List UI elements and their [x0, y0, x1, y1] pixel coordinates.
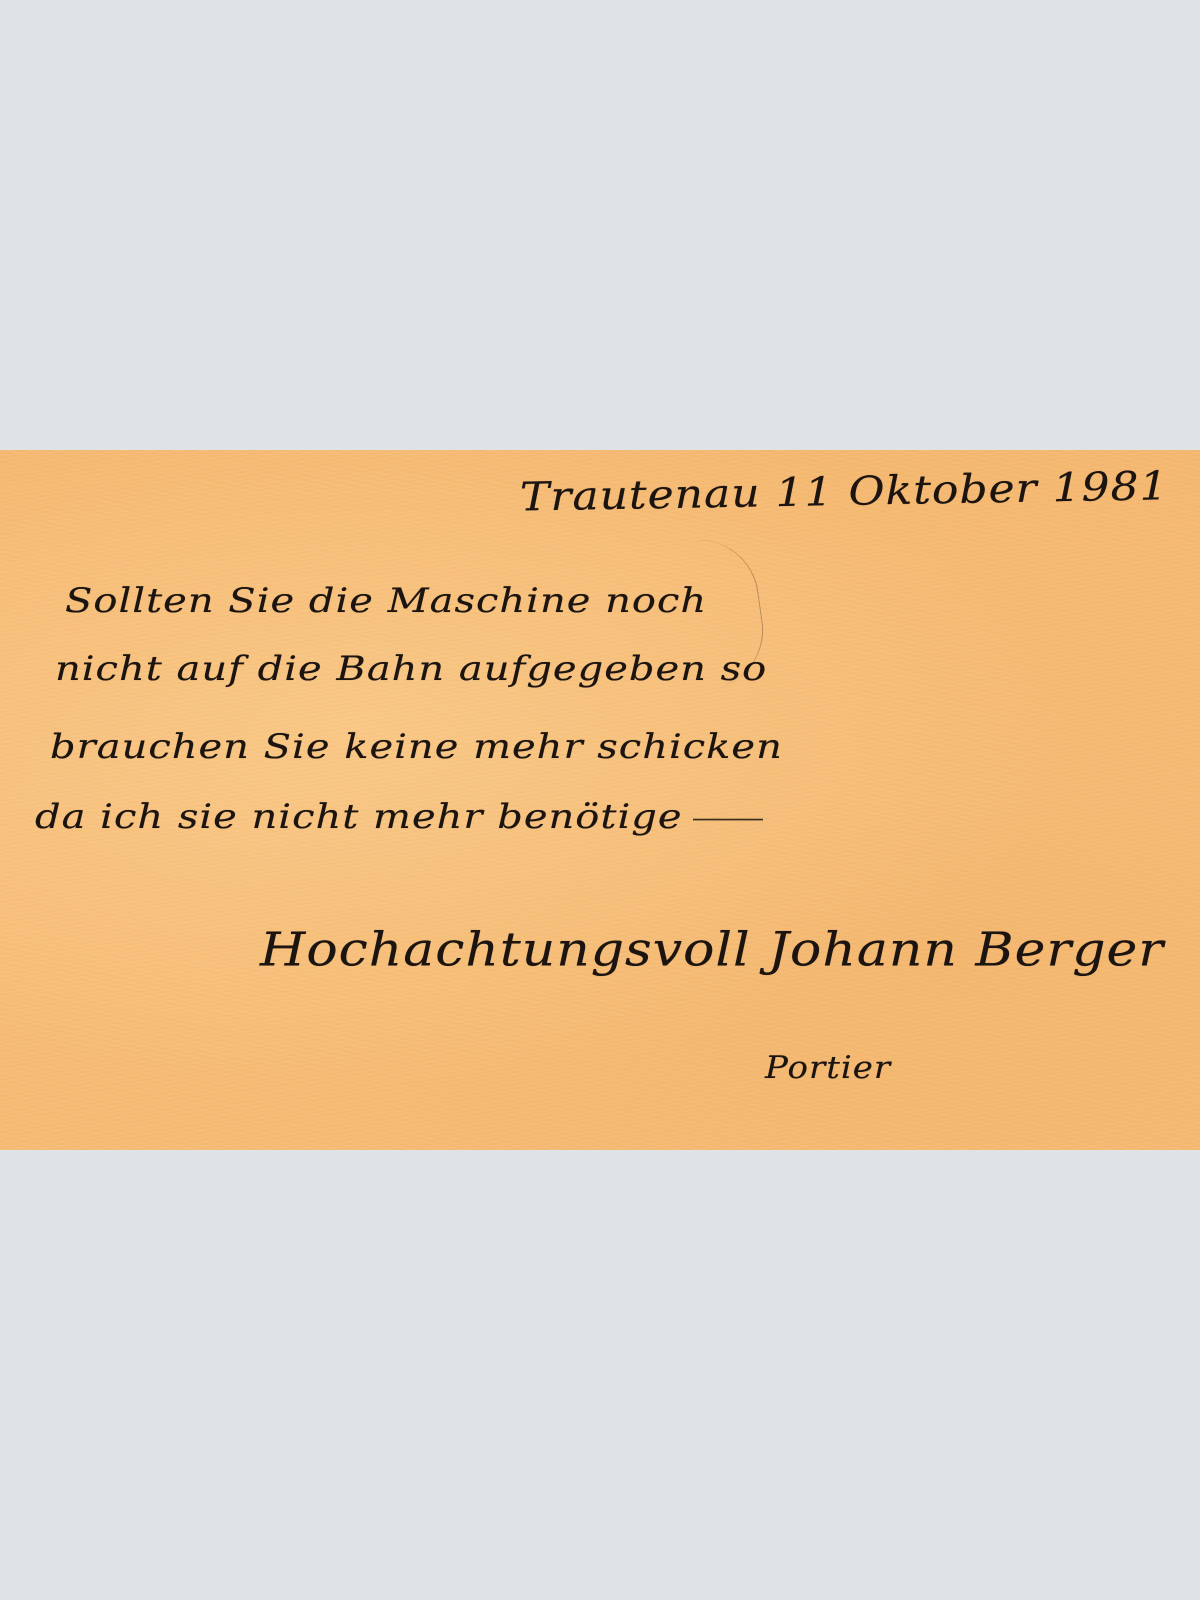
postcard: Trautenau 11 Oktober 1981 Sollten Sie di…	[0, 450, 1200, 1150]
body-line-3: brauchen Sie keine mehr schicken	[50, 727, 783, 766]
body-line-1-text: Sollten Sie die Maschine noch	[65, 581, 707, 620]
closing-flourish-dash	[693, 819, 763, 821]
body-line-2-text: nicht auf die Bahn aufgegeben so	[55, 649, 767, 688]
body-line-2: nicht auf die Bahn aufgegeben so	[55, 649, 767, 688]
body-line-3-text: brauchen Sie keine mehr schicken	[50, 727, 783, 766]
closing-signature: Hochachtungsvoll Johann Berger	[260, 923, 1164, 977]
signature-title: Portier	[765, 1050, 891, 1086]
date-line: Trautenau 11 Oktober 1981	[520, 463, 1169, 520]
body-line-1: Sollten Sie die Maschine noch	[65, 581, 707, 620]
body-line-4: da ich sie nicht mehr benötige	[35, 797, 763, 836]
body-line-4-text: da ich sie nicht mehr benötige	[35, 797, 683, 836]
